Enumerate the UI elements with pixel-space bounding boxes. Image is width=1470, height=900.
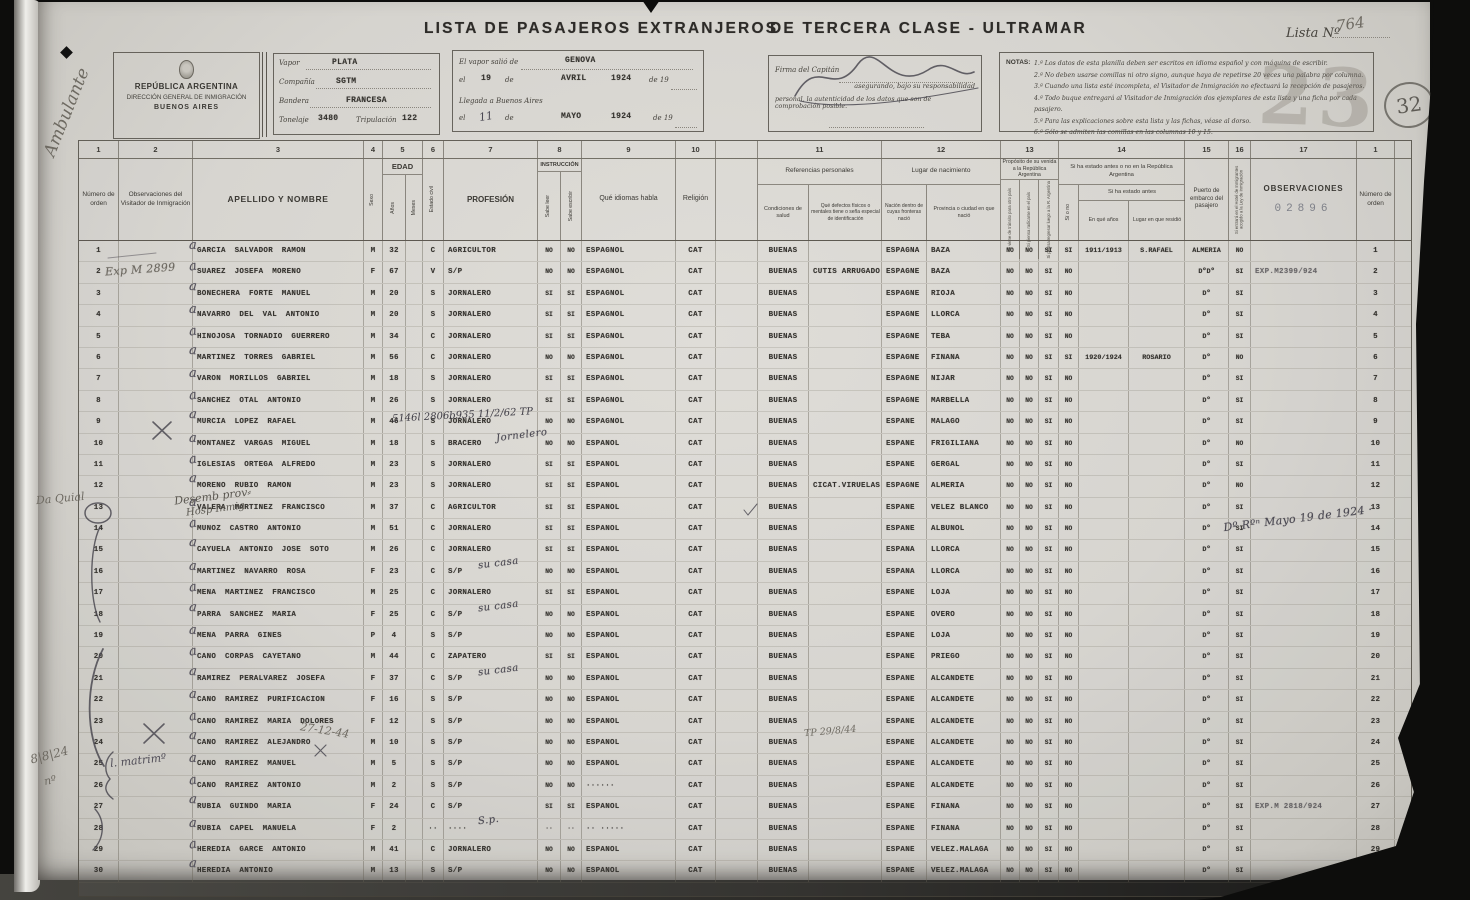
- cell-tail: [1395, 327, 1411, 347]
- cell-nac: ESPAGNE: [882, 476, 927, 496]
- table-row: 26aCANO RAMIREZ ANTONIOM2SS/PNONO······C…: [79, 776, 1411, 797]
- cell-est: S: [423, 455, 444, 475]
- cell-salud: BUENAS: [758, 819, 809, 839]
- cell-prof: ····S.p.: [444, 819, 538, 839]
- cell-prof: S/P: [444, 690, 538, 710]
- salio-port: GENOVA: [565, 56, 596, 65]
- cell-sex: M: [364, 327, 383, 347]
- cell-leer: NO: [538, 434, 561, 454]
- column-number: 9: [582, 141, 676, 158]
- cell-sex: M: [364, 284, 383, 304]
- cell-leer: SI: [538, 540, 561, 560]
- cell-nr: 12: [1357, 476, 1395, 496]
- table-row: 25aCANO RAMIREZ MANUELM5SS/PNONOESPANOLC…: [79, 754, 1411, 775]
- cell-rel: CAT: [676, 647, 716, 667]
- cell-p1: NO: [1001, 348, 1020, 368]
- cell-p1: NO: [1001, 819, 1020, 839]
- cell-hotel: SI: [1229, 391, 1251, 411]
- cell-leer: NO: [538, 776, 561, 796]
- cell-p1: NO: [1001, 498, 1020, 518]
- cell-nr: 16: [1357, 562, 1395, 582]
- cell-name: MENA MARTINEZ FRANCISCO: [193, 583, 364, 603]
- mes-llegada: MAYO: [561, 112, 581, 121]
- cell-obs2: a: [119, 647, 193, 667]
- cell-p3: SI: [1039, 776, 1059, 796]
- table-row: 1aGARCIA SALVADOR RAMONM32CAGRICULTORNON…: [79, 241, 1411, 262]
- dia-salida: 19: [481, 74, 491, 83]
- cell-hotel: SI: [1229, 284, 1251, 304]
- cell-anos: 51: [383, 519, 406, 539]
- col-blank: [716, 159, 758, 240]
- cell-nr: 9: [1357, 412, 1395, 432]
- cell-nac: ESPANE: [882, 712, 927, 732]
- cell-tail: [1395, 626, 1411, 646]
- cell-idi: ESPAGNOL: [582, 369, 676, 389]
- cell-prof: BRACEROJornelero: [444, 434, 538, 454]
- cell-name: HEREDIA GARCE ANTONIO: [193, 840, 364, 860]
- cell-est: C: [423, 647, 444, 667]
- cell-sino: NO: [1059, 455, 1079, 475]
- cell-p1: NO: [1001, 690, 1020, 710]
- cell-meses: [406, 797, 423, 817]
- captain-box: Firma del Capitán asegurando, bajo su re…: [768, 55, 982, 132]
- cell-est: S: [423, 690, 444, 710]
- cell-anos: 44: [383, 647, 406, 667]
- cell-lant: [1129, 583, 1185, 603]
- cell-idi: ESPANOL: [582, 669, 676, 689]
- cell-hotel: SI: [1229, 733, 1251, 753]
- column-number: 12: [882, 141, 1001, 158]
- cell-rel: CAT: [676, 519, 716, 539]
- cell-sex: F: [364, 819, 383, 839]
- cell-tail: [1395, 348, 1411, 368]
- cell-p1: NO: [1001, 754, 1020, 774]
- cell-tail: [1395, 305, 1411, 325]
- cell-nac: ESPAGNE: [882, 348, 927, 368]
- cell-obs17: [1251, 305, 1357, 325]
- cell-aant: [1079, 519, 1129, 539]
- cell-esc: NO: [561, 690, 582, 710]
- cell-n: 14: [79, 519, 119, 539]
- cell-blank: [716, 262, 758, 282]
- cell-blank: [716, 540, 758, 560]
- cell-idi: ······: [582, 776, 676, 796]
- org-box: REPÚBLICA ARGENTINA DIRECCIÓN GENERAL DE…: [113, 52, 260, 139]
- cell-nr: 11: [1357, 455, 1395, 475]
- cell-def: [809, 562, 882, 582]
- cell-anos: 67: [383, 262, 406, 282]
- col-sabe-leer: Sabe leer: [546, 195, 552, 217]
- cell-aant: [1079, 626, 1129, 646]
- cell-hotel: SI: [1229, 819, 1251, 839]
- cell-nr: 3: [1357, 284, 1395, 304]
- cell-meses: [406, 647, 423, 667]
- cell-esc: SI: [561, 284, 582, 304]
- cell-name: VARON MORILLOS GABRIEL: [193, 369, 364, 389]
- table-row: 18aPARRA SANCHEZ MARIAF25CS/Psu casaNONO…: [79, 605, 1411, 626]
- cell-n: 16: [79, 562, 119, 582]
- cell-obs17: EXP.M 2818/924: [1251, 797, 1357, 817]
- cell-p3: SI: [1039, 476, 1059, 496]
- cell-n: 19: [79, 626, 119, 646]
- table-row: 2Exp M 2899aSUAREZ JOSEFA MORENOF67VS/PN…: [79, 262, 1411, 283]
- table-row: 27aRUBIA GUINDO MARIAF24CS/PSISIESPANOLC…: [79, 797, 1411, 818]
- table-row: 22aCANO RAMIREZ PURIFICACIONF16SS/PNONOE…: [79, 690, 1411, 711]
- cell-blank: [716, 690, 758, 710]
- cell-nr: 10: [1357, 434, 1395, 454]
- column-number: 14: [1059, 141, 1185, 158]
- cell-lant: [1129, 626, 1185, 646]
- cell-lant: [1129, 733, 1185, 753]
- cell-tail: [1395, 690, 1411, 710]
- cell-idi: ESPANOL: [582, 519, 676, 539]
- cell-obs17: [1251, 669, 1357, 689]
- cell-p2: NO: [1020, 861, 1039, 881]
- cell-puerto: Dº: [1185, 348, 1229, 368]
- cell-blank: [716, 647, 758, 667]
- table-row: 5aHINOJOSA TORNADIO GUERREROM34CJORNALER…: [79, 327, 1411, 348]
- cell-obs2: a: [119, 327, 193, 347]
- cell-lant: [1129, 712, 1185, 732]
- cell-anos: 37: [383, 669, 406, 689]
- cell-p3: SI: [1039, 369, 1059, 389]
- cell-name: PARRA SANCHEZ MARIA: [193, 605, 364, 625]
- table-row: 28aRUBIA CAPEL MANUELAF2······S.p.······…: [79, 819, 1411, 840]
- cell-prov: MALAGO: [927, 412, 1001, 432]
- column-header-row: Número de orden Observaciones del Visita…: [79, 159, 1411, 241]
- cell-obs2: a: [119, 540, 193, 560]
- cell-obs17: [1251, 647, 1357, 667]
- cell-n: 11: [79, 455, 119, 475]
- cell-hotel: SI: [1229, 690, 1251, 710]
- table-row: 20aCANO CORPAS CAYETANOM44CZAPATEROSISIE…: [79, 647, 1411, 668]
- cell-meses: [406, 669, 423, 689]
- cell-puerto: Dº: [1185, 305, 1229, 325]
- cell-idi: ·· ·····: [582, 819, 676, 839]
- cell-n: 26: [79, 776, 119, 796]
- cell-puerto: Dº: [1185, 647, 1229, 667]
- cell-lant: [1129, 455, 1185, 475]
- cell-nr: 25: [1357, 754, 1395, 774]
- table-row: 10aMONTANEZ VARGAS MIGUELM18SBRACEROJorn…: [79, 434, 1411, 455]
- cell-puerto: Dº: [1185, 690, 1229, 710]
- cell-hotel: NO: [1229, 434, 1251, 454]
- cell-p3: SI: [1039, 733, 1059, 753]
- cell-est: S: [423, 626, 444, 646]
- col-tail: [1395, 159, 1411, 240]
- cell-nr: 5: [1357, 327, 1395, 347]
- handwritten-profession-note: S.p.: [477, 813, 499, 827]
- cell-obs2: a: [119, 369, 193, 389]
- cell-rel: CAT: [676, 583, 716, 603]
- cell-lant: [1129, 647, 1185, 667]
- cell-meses: [406, 391, 423, 411]
- table-row: 3aBONECHERA FORTE MANUELM20SJORNALEROSIS…: [79, 284, 1411, 305]
- cell-p2: NO: [1020, 626, 1039, 646]
- captain-text-1: asegurando, bajo su responsabilidad: [854, 82, 975, 90]
- cell-name: MURCIA LOPEZ RAFAEL: [193, 412, 364, 432]
- cell-blank: [716, 819, 758, 839]
- cell-p2: NO: [1020, 605, 1039, 625]
- cell-sino: NO: [1059, 712, 1079, 732]
- cell-p2: NO: [1020, 840, 1039, 860]
- cell-p3: SI: [1039, 797, 1059, 817]
- cell-def: [809, 840, 882, 860]
- cell-lant: [1129, 562, 1185, 582]
- cell-p3: SI: [1039, 327, 1059, 347]
- cell-lant: [1129, 498, 1185, 518]
- cell-nr: 20: [1357, 647, 1395, 667]
- cell-prov: LLORCA: [927, 305, 1001, 325]
- vessel-box: Vapor PLATA Compañía SGTM Bandera FRANCE…: [273, 53, 440, 135]
- cell-salud: BUENAS: [758, 861, 809, 881]
- cell-esc: NO: [561, 262, 582, 282]
- cell-sex: M: [364, 455, 383, 475]
- cell-meses: [406, 776, 423, 796]
- cell-est: C: [423, 498, 444, 518]
- cell-sex: F: [364, 690, 383, 710]
- rule: [671, 80, 697, 90]
- cell-def: CUTIS ARRUGADO: [809, 262, 882, 282]
- cell-tail: [1395, 519, 1411, 539]
- col-ha-estado: Si ha estado antes: [1079, 185, 1185, 201]
- cell-def: [809, 412, 882, 432]
- cell-leer: NO: [538, 669, 561, 689]
- cell-meses: [406, 861, 423, 881]
- cell-anos: 23: [383, 455, 406, 475]
- cell-sex: F: [364, 262, 383, 282]
- cell-obs17: [1251, 284, 1357, 304]
- cell-obs2: a: [119, 776, 193, 796]
- cell-n: 7: [79, 369, 119, 389]
- cell-p2: NO: [1020, 819, 1039, 839]
- cell-tail: [1395, 434, 1411, 454]
- cell-sino: NO: [1059, 369, 1079, 389]
- org-dept: DIRECCIÓN GENERAL DE INMIGRACIÓN: [114, 94, 259, 101]
- cell-prof: JORNALERO: [444, 305, 538, 325]
- col-obs-visitador: Observaciones del Visitador de Inmigraci…: [120, 191, 191, 207]
- cell-sex: M: [364, 840, 383, 860]
- cell-name: CANO CORPAS CAYETANO: [193, 647, 364, 667]
- table-row: 17aMENA MARTINEZ FRANCISCOM25CJORNALEROS…: [79, 583, 1411, 604]
- cell-obs17: [1251, 733, 1357, 753]
- cell-prov: ALCANDETE: [927, 669, 1001, 689]
- table-row: 13aVALERA MARTINEZ FRANCISCOM37CAGRICULT…: [79, 498, 1411, 519]
- column-number: 11: [758, 141, 882, 158]
- cell-idi: ESPANOL: [582, 733, 676, 753]
- cell-obs2: a: [119, 434, 193, 454]
- cell-name: SANCHEZ OTAL ANTONIO: [193, 391, 364, 411]
- cell-meses: [406, 754, 423, 774]
- cell-obs2: a: [119, 669, 193, 689]
- cell-lant: [1129, 305, 1185, 325]
- cell-p3: SI: [1039, 819, 1059, 839]
- cell-puerto: Dº: [1185, 562, 1229, 582]
- cell-aant: [1079, 562, 1129, 582]
- cell-nac: ESPANE: [882, 583, 927, 603]
- cell-idi: ESPANOL: [582, 840, 676, 860]
- cell-obs17: [1251, 712, 1357, 732]
- cell-aant: [1079, 327, 1129, 347]
- cell-tail: [1395, 241, 1411, 261]
- cell-salud: BUENAS: [758, 840, 809, 860]
- cell-def: [809, 605, 882, 625]
- voyage-box: El vapor salió de GENOVA el 19 de AVRIL …: [452, 50, 704, 132]
- cell-blank: [716, 348, 758, 368]
- cell-est: S: [423, 305, 444, 325]
- cell-prof: JORNALERO: [444, 348, 538, 368]
- cell-anos: 56: [383, 348, 406, 368]
- cell-prof: JORNALERO: [444, 840, 538, 860]
- cell-def: [809, 284, 882, 304]
- cell-salud: BUENAS: [758, 412, 809, 432]
- cell-sino: NO: [1059, 797, 1079, 817]
- cell-rel: CAT: [676, 434, 716, 454]
- cell-p1: NO: [1001, 712, 1020, 732]
- table-bottom-space: [79, 883, 1411, 896]
- cell-n: 28: [79, 819, 119, 839]
- cell-n: 24: [79, 733, 119, 753]
- pencil-page-number-value: 32: [1395, 91, 1424, 118]
- cell-aant: [1079, 819, 1129, 839]
- cell-anos: 18: [383, 369, 406, 389]
- cell-esc: NO: [561, 605, 582, 625]
- cell-sino: NO: [1059, 819, 1079, 839]
- cell-def: [809, 626, 882, 646]
- cell-puerto: Dº: [1185, 840, 1229, 860]
- cell-blank: [716, 455, 758, 475]
- cell-esc: ··: [561, 819, 582, 839]
- cell-hotel: SI: [1229, 562, 1251, 582]
- cell-idi: ESPAGNOL: [582, 412, 676, 432]
- cell-sex: M: [364, 369, 383, 389]
- cell-puerto: Dº: [1185, 412, 1229, 432]
- cell-sino: NO: [1059, 519, 1079, 539]
- cell-obs17: [1251, 369, 1357, 389]
- cell-puerto: DºDº: [1185, 262, 1229, 282]
- cell-hotel: SI: [1229, 776, 1251, 796]
- coat-of-arms-icon: [179, 60, 194, 79]
- cell-prov: ALCANDETE: [927, 733, 1001, 753]
- cell-anos: 16: [383, 690, 406, 710]
- cell-sex: M: [364, 412, 383, 432]
- cell-meses: [406, 562, 423, 582]
- col-puerto: Puerto de embarco del pasajero: [1186, 188, 1227, 211]
- cell-prov: LOJA: [927, 626, 1001, 646]
- column-number: 10: [676, 141, 716, 158]
- cell-p3: SI: [1039, 305, 1059, 325]
- margin-no-row28: nº: [43, 773, 57, 788]
- compania-label: Compañía: [279, 78, 315, 86]
- cell-leer: SI: [538, 327, 561, 347]
- cell-sex: M: [364, 861, 383, 881]
- cell-esc: NO: [561, 348, 582, 368]
- cell-p2: NO: [1020, 434, 1039, 454]
- cell-esc: SI: [561, 540, 582, 560]
- cell-sino: NO: [1059, 840, 1079, 860]
- observaciones-stamp-number: 02896: [1274, 203, 1332, 215]
- column-number: 5: [383, 141, 423, 158]
- cell-prof: S/P: [444, 776, 538, 796]
- table-row: 8aSANCHEZ OTAL ANTONIOM26SJORNALEROSISIE…: [79, 391, 1411, 412]
- cell-prof: JORNALERO: [444, 369, 538, 389]
- cell-hotel: SI: [1229, 840, 1251, 860]
- column-number: 2: [119, 141, 193, 158]
- cell-obs17: [1251, 626, 1357, 646]
- cell-name: HINOJOSA TORNADIO GUERRERO: [193, 327, 364, 347]
- cell-hotel: SI: [1229, 861, 1251, 881]
- cell-meses: [406, 262, 423, 282]
- cell-aant: [1079, 776, 1129, 796]
- cell-rel: CAT: [676, 540, 716, 560]
- cell-n: 29: [79, 840, 119, 860]
- cell-obs2: a: [119, 626, 193, 646]
- cell-p2: NO: [1020, 262, 1039, 282]
- col-profesion: PROFESIÓN: [467, 195, 514, 205]
- cell-idi: ESPAGNOL: [582, 348, 676, 368]
- cell-p2: NO: [1020, 583, 1039, 603]
- cell-p1: NO: [1001, 626, 1020, 646]
- cell-salud: BUENAS: [758, 626, 809, 646]
- cell-salud: BUENAS: [758, 733, 809, 753]
- cell-tail: [1395, 776, 1411, 796]
- cell-anos: 37: [383, 498, 406, 518]
- cell-obs17: [1251, 540, 1357, 560]
- cell-sino: NO: [1059, 861, 1079, 881]
- cell-esc: NO: [561, 840, 582, 860]
- cell-p2: NO: [1020, 412, 1039, 432]
- cell-p3: SI: [1039, 712, 1059, 732]
- cell-leer: SI: [538, 519, 561, 539]
- cell-meses: [406, 305, 423, 325]
- cell-lant: [1129, 262, 1185, 282]
- cell-hotel: SI: [1229, 412, 1251, 432]
- cell-nac: ESPANE: [882, 690, 927, 710]
- cell-puerto: Dº: [1185, 669, 1229, 689]
- cell-p1: NO: [1001, 327, 1020, 347]
- cell-p1: NO: [1001, 412, 1020, 432]
- cell-salud: BUENAS: [758, 305, 809, 325]
- cell-sino: NO: [1059, 434, 1079, 454]
- cell-sino: SI: [1059, 348, 1079, 368]
- cell-obs2: a: [119, 861, 193, 881]
- cell-est: C: [423, 583, 444, 603]
- cell-prov: LOJA: [927, 583, 1001, 603]
- mes-salida: AVRIL: [561, 74, 587, 83]
- cell-prov: LLORCA: [927, 540, 1001, 560]
- cell-prov: NIJAR: [927, 369, 1001, 389]
- cell-hotel: SI: [1229, 327, 1251, 347]
- cell-anos: 4: [383, 626, 406, 646]
- cell-sex: M: [364, 498, 383, 518]
- table-row: 30aHEREDIA ANTONIOM13SS/PNONOESPANOLCATB…: [79, 861, 1411, 882]
- cell-est: C: [423, 327, 444, 347]
- cell-aant: [1079, 669, 1129, 689]
- cell-esc: NO: [561, 412, 582, 432]
- col-estado-civil: Estado civil: [430, 186, 436, 212]
- cell-p1: NO: [1001, 797, 1020, 817]
- table-row: 6aMARTINEZ TORRES GABRIELM56CJORNALERONO…: [79, 348, 1411, 369]
- cell-p2: NO: [1020, 669, 1039, 689]
- cell-esc: NO: [561, 754, 582, 774]
- cell-n: 23: [79, 712, 119, 732]
- cell-def: [809, 797, 882, 817]
- cell-p1: NO: [1001, 284, 1020, 304]
- col-religion: Religión: [683, 195, 708, 204]
- cell-rel: CAT: [676, 605, 716, 625]
- col-apellido: APELLIDO Y NOMBRE: [227, 194, 328, 205]
- cell-sex: F: [364, 712, 383, 732]
